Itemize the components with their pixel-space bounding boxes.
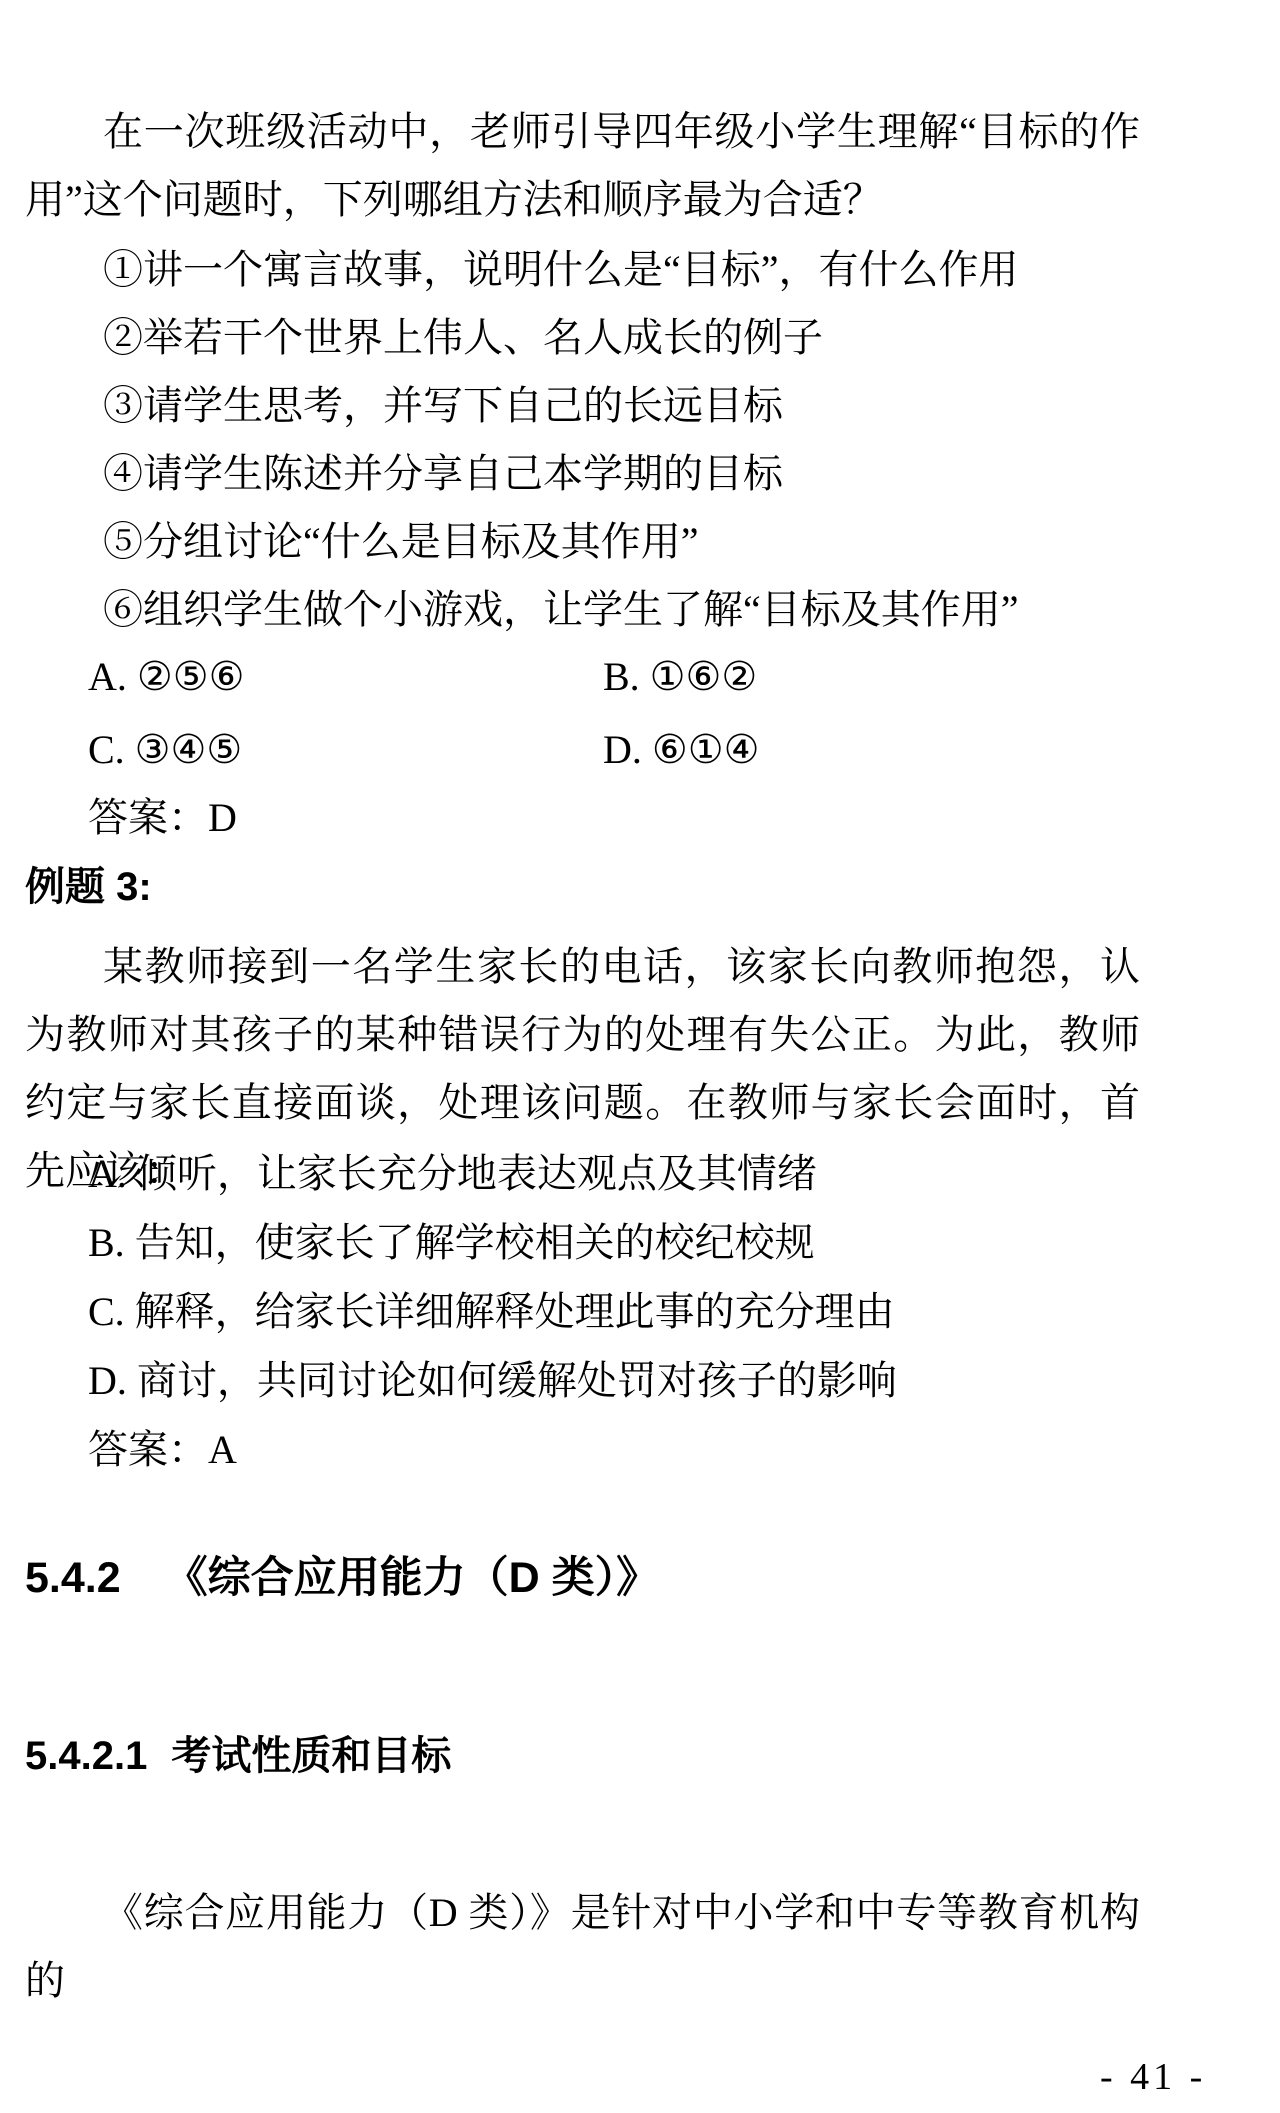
- example3-answer: 答案：A: [88, 1416, 237, 1484]
- question-options-row-2: C. ③④⑤ D. ⑥①④: [88, 716, 759, 784]
- example3-heading: 例题 3:: [25, 853, 152, 921]
- example3-option-c: C. 解释，给家长详细解释处理此事的充分理由: [88, 1277, 897, 1346]
- question-option-b: B. ①⑥②: [603, 643, 757, 711]
- question-item-6: ⑥组织学生做个小游戏，让学生了解“目标及其作用”: [103, 576, 1019, 644]
- section-number: 5.4.2: [25, 1554, 121, 1602]
- question-item-2: ②举若干个世界上伟人、名人成长的例子: [103, 304, 1019, 372]
- question-stem: 在一次班级活动中，老师引导四年级小学生理解“目标的作用”这个问题时，下列哪组方法…: [25, 98, 1140, 234]
- subsection-number: 5.4.2.1: [25, 1734, 147, 1778]
- example3-options: A. 倾听，让家长充分地表达观点及其情绪 B. 告知，使家长了解学校相关的校纪校…: [88, 1139, 897, 1415]
- question-item-3: ③请学生思考，并写下自己的长远目标: [103, 372, 1019, 440]
- section-title: 《综合应用能力（D 类）》: [165, 1554, 660, 1602]
- example3-option-d: D. 商讨，共同讨论如何缓解处罚对孩子的影响: [88, 1346, 897, 1415]
- question-option-a: A. ②⑤⑥: [88, 643, 603, 711]
- question-options-row-1: A. ②⑤⑥ B. ①⑥②: [88, 643, 759, 711]
- question-option-d: D. ⑥①④: [603, 716, 759, 784]
- question-option-c: C. ③④⑤: [88, 716, 603, 784]
- question-options: A. ②⑤⑥ B. ①⑥② C. ③④⑤ D. ⑥①④: [88, 643, 759, 789]
- document-page: 在一次班级活动中，老师引导四年级小学生理解“目标的作用”这个问题时，下列哪组方法…: [0, 0, 1280, 2113]
- subsection-title: 考试性质和目标: [171, 1734, 451, 1778]
- page-number: - 41 -: [1100, 2057, 1206, 2097]
- subsection-heading: 5.4.2.1考试性质和目标: [25, 1730, 451, 1782]
- section-heading: 5.4.2《综合应用能力（D 类）》: [25, 1552, 659, 1604]
- intro-paragraph: 《综合应用能力（D 类）》是针对中小学和中专等教育机构的: [25, 1879, 1140, 2015]
- question-item-1: ①讲一个寓言故事，说明什么是“目标”，有什么作用: [103, 236, 1019, 304]
- question-answer: 答案：D: [88, 784, 237, 852]
- question-item-list: ①讲一个寓言故事，说明什么是“目标”，有什么作用 ②举若干个世界上伟人、名人成长…: [103, 236, 1019, 644]
- question-item-5: ⑤分组讨论“什么是目标及其作用”: [103, 508, 1019, 576]
- question-item-4: ④请学生陈述并分享自己本学期的目标: [103, 440, 1019, 508]
- example3-option-b: B. 告知，使家长了解学校相关的校纪校规: [88, 1208, 897, 1277]
- example3-option-a: A. 倾听，让家长充分地表达观点及其情绪: [88, 1139, 897, 1208]
